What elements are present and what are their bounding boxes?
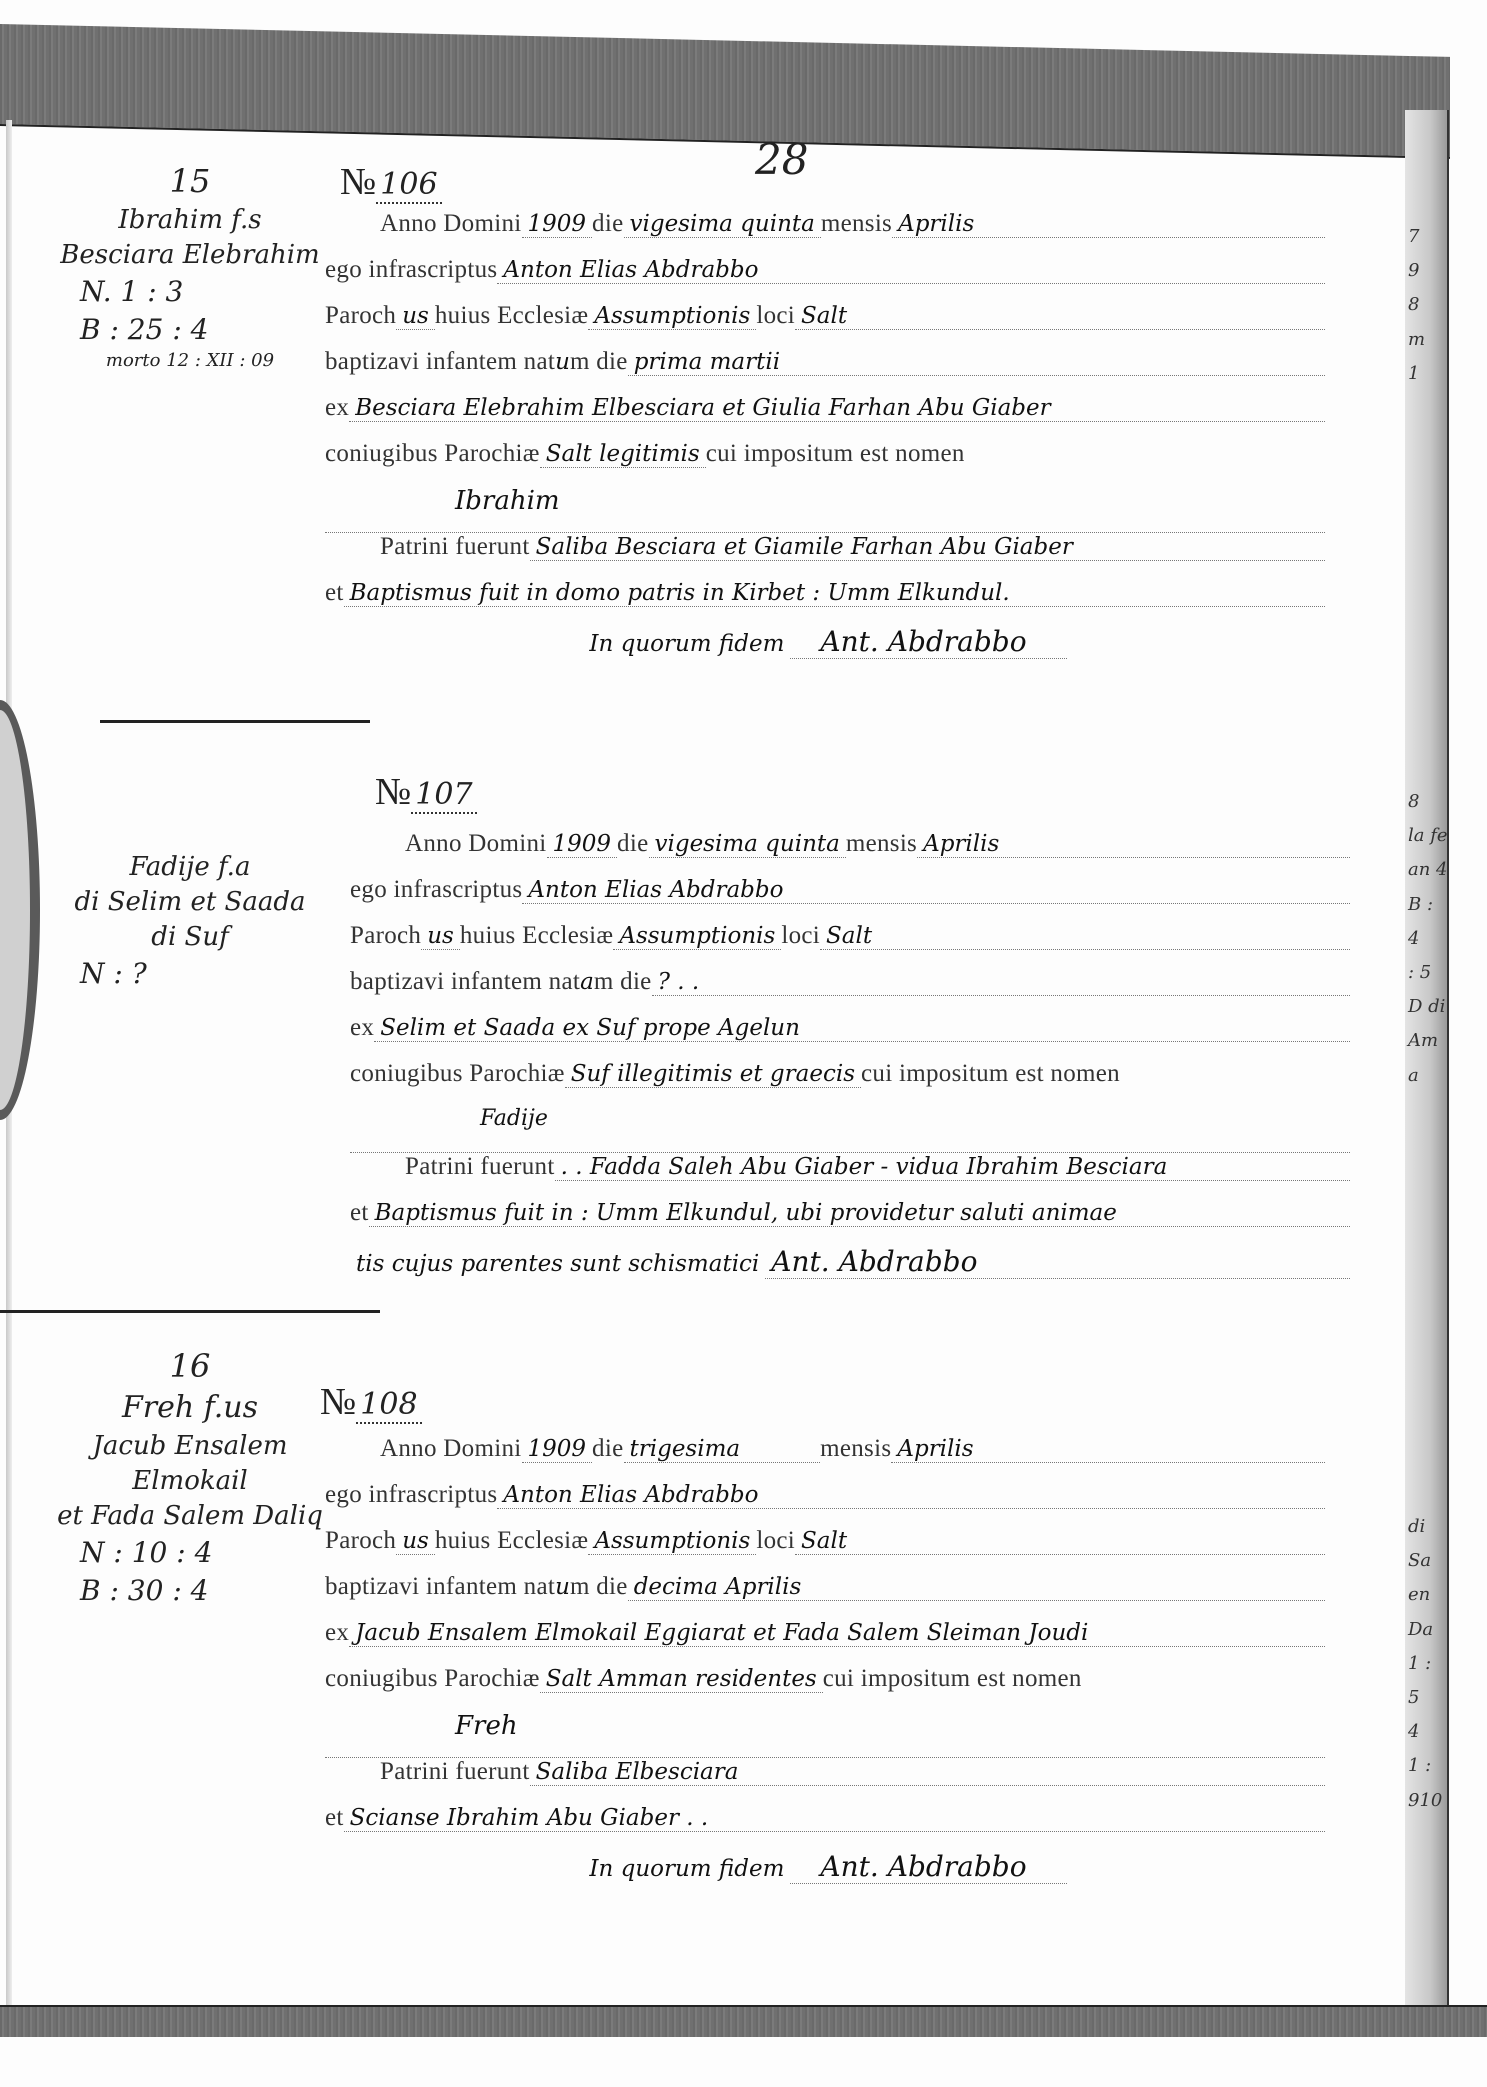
scan-border-bottom — [0, 2005, 1487, 2037]
record-body: Anno Domini 1909 die vigesima quinta men… — [350, 830, 1350, 1291]
label: loci — [756, 302, 795, 330]
label: baptizavi infantem nat — [350, 968, 580, 996]
date-line: Anno Domini 1909 die trigesima mensis Ap… — [325, 1435, 1325, 1481]
label: huius Ecclesiæ — [435, 1527, 588, 1555]
church: Assumptionis — [588, 1528, 756, 1555]
margin-ref-b: B : 25 : 4 — [40, 311, 340, 349]
edge-note: 7 — [1408, 220, 1448, 254]
parents-line: ex Besciara Elebrahim Elbesciara et Giul… — [325, 394, 1325, 440]
margin-ref-n: N : ? — [40, 955, 340, 993]
label: et — [325, 579, 344, 607]
et-line-continued: tis cujus parentes sunt schismatici Ant.… — [350, 1245, 1350, 1291]
et-line: et Baptismus fuit in domo patris in Kirb… — [325, 579, 1325, 625]
birth-day: decima Aprilis — [628, 1574, 1325, 1601]
edge-note: Am a — [1408, 1024, 1448, 1092]
label: Anno Domini — [380, 1435, 522, 1463]
label: Patrini fuerunt — [380, 533, 530, 561]
margin-ref-b: B : 30 : 4 — [40, 1572, 340, 1610]
label: Paroch — [325, 1527, 396, 1555]
label: Paroch — [325, 302, 396, 330]
record-number-value: 107 — [411, 777, 476, 814]
edge-note: an 4 — [1408, 853, 1448, 887]
suffix: us — [396, 1528, 435, 1555]
edge-notes-bottom: di Sa en Da 1 : 5 4 1 : 910 — [1408, 1510, 1448, 1818]
suffix: u — [555, 349, 570, 375]
record-number: №107 — [375, 770, 477, 814]
godparents: . . Fadda Saleh Abu Giaber - vidua Ibrah… — [555, 1154, 1350, 1181]
church: Assumptionis — [613, 923, 781, 950]
number-symbol: № — [340, 161, 376, 203]
label: et — [325, 1804, 344, 1832]
edge-note: D di — [1408, 990, 1448, 1024]
margin-name: Fadije f.a — [40, 850, 340, 885]
parents-line: ex Selim et Saada ex Suf prope Agelun — [350, 1014, 1350, 1060]
edge-notes-top: 7 9 8 m 1 — [1408, 220, 1448, 391]
month: Aprilis — [891, 1436, 1325, 1463]
parents: Besciara Elebrahim Elbesciara et Giulia … — [349, 395, 1325, 422]
label: cui impositum est nomen — [823, 1665, 1082, 1693]
label: mensis — [820, 1435, 891, 1463]
signature: Ant. Abdrabbo — [790, 1850, 1066, 1884]
label: ex — [325, 394, 349, 422]
date-line: Anno Domini 1909 die vigesima quinta men… — [325, 210, 1325, 256]
suffix: us — [421, 923, 460, 950]
label: Paroch — [350, 922, 421, 950]
parents-line: ex Jacub Ensalem Elmokail Eggiarat et Fa… — [325, 1619, 1325, 1665]
margin-ref-n: N : 10 : 4 — [40, 1534, 340, 1572]
parents: Jacub Ensalem Elmokail Eggiarat et Fada … — [349, 1620, 1325, 1647]
place: Salt — [795, 1528, 1325, 1555]
child-name-line: Ibrahim — [325, 486, 1325, 533]
label: coniugibus Parochiæ — [350, 1060, 565, 1088]
label: ego infrascriptus — [325, 256, 497, 284]
label: cui impositum est nomen — [861, 1060, 1120, 1088]
church-line: Paroch us huius Ecclesiæ Assumptionis lo… — [350, 922, 1350, 968]
godparent-2: Scianse Ibrahim Abu Giaber . . — [344, 1805, 1325, 1832]
year: 1909 — [547, 831, 618, 858]
edge-note: di Sa — [1408, 1510, 1448, 1578]
record-body: Anno Domini 1909 die vigesima quinta men… — [325, 210, 1325, 671]
parents: Selim et Saada ex Suf prope Agelun — [374, 1015, 1350, 1042]
label: coniugibus Parochiæ — [325, 440, 540, 468]
label: ego infrascriptus — [350, 876, 522, 904]
label: mensis — [821, 210, 892, 238]
label: loci — [756, 1527, 795, 1555]
label: et — [350, 1199, 369, 1227]
label: huius Ecclesiæ — [460, 922, 613, 950]
priest-line: ego infrascriptus Anton Elias Abdrabbo — [325, 256, 1325, 302]
date-line: Anno Domini 1909 die vigesima quinta men… — [350, 830, 1350, 876]
birth-line: baptizavi infantem nat u m die prima mar… — [325, 348, 1325, 394]
suffix: us — [396, 303, 435, 330]
record-number-value: 108 — [356, 1387, 421, 1424]
edge-note: B : 4 — [1408, 888, 1448, 956]
closing-text: In quorum fidem — [583, 1856, 790, 1882]
month: Aprilis — [892, 211, 1325, 238]
label: mensis — [846, 830, 917, 858]
page-number: 28 — [755, 135, 808, 184]
label: die — [592, 1435, 623, 1463]
edge-note: : 5 — [1408, 956, 1448, 990]
baptism-note: Baptismus fuit in domo patris in Kirbet … — [344, 580, 1325, 607]
record-number: №106 — [340, 160, 442, 204]
edge-note: 1 : 910 — [1408, 1749, 1448, 1817]
margin-death-note: morto 12 : XII : 09 — [40, 349, 340, 373]
year: 1909 — [522, 211, 593, 238]
et-line: et Baptismus fuit in : Umm Elkundul, ubi… — [350, 1199, 1350, 1245]
number-symbol: № — [375, 771, 411, 813]
birth-day: prima martii — [628, 349, 1325, 376]
month: Aprilis — [917, 831, 1350, 858]
label: ex — [325, 1619, 349, 1647]
margin-mother: et Fada Salem Daliq — [40, 1499, 340, 1534]
record-number-value: 106 — [376, 167, 441, 204]
godparents-line: Patrini fuerunt Saliba Besciara et Giami… — [325, 533, 1325, 579]
label: die — [592, 210, 623, 238]
edge-note: 1 : 5 — [1408, 1647, 1448, 1715]
year: 1909 — [522, 1436, 593, 1463]
label: ex — [350, 1014, 374, 1042]
signature-line: In quorum fidem Ant. Abdrabbo — [325, 625, 1325, 671]
scan-border-top — [0, 24, 1450, 159]
signature: Ant. Abdrabbo — [790, 625, 1066, 659]
edge-note: en Da — [1408, 1578, 1448, 1646]
edge-note: 9 — [1408, 254, 1448, 288]
child-name-line: Freh — [325, 1711, 1325, 1758]
birth-line: baptizavi infantem nat a m die ? . . — [350, 968, 1350, 1014]
margin-origin: di Suf — [40, 920, 340, 955]
church: Assumptionis — [588, 303, 756, 330]
margin-parent: di Selim et Saada — [40, 885, 340, 920]
priest-name: Anton Elias Abdrabbo — [497, 257, 1325, 284]
edge-note: 8 — [1408, 785, 1448, 819]
signature: Ant. Abdrabbo — [765, 1245, 1350, 1279]
edge-note: m — [1408, 323, 1448, 357]
place: Salt — [820, 923, 1350, 950]
baptism-note-continued: tis cujus parentes sunt schismatici — [350, 1251, 765, 1277]
godparents-line: Patrini fuerunt . . Fadda Saleh Abu Giab… — [350, 1153, 1350, 1199]
number-symbol: № — [320, 1381, 356, 1423]
child-name: Ibrahim — [325, 486, 566, 516]
birth-line: baptizavi infantem nat u m die decima Ap… — [325, 1573, 1325, 1619]
label: huius Ecclesiæ — [435, 302, 588, 330]
day: vigesima quinta — [624, 211, 821, 238]
margin-note: 16 Freh f.us Jacub Ensalem Elmokail et F… — [40, 1345, 340, 1610]
church-line: Paroch us huius Ecclesiæ Assumptionis lo… — [325, 1527, 1325, 1573]
edge-note: 4 — [1408, 1715, 1448, 1749]
margin-parent: Besciara Elebrahim — [40, 238, 340, 273]
priest-line: ego infrascriptus Anton Elias Abdrabbo — [350, 876, 1350, 922]
parish-status: Salt Amman residentes — [540, 1666, 823, 1693]
godparents: Saliba Besciara et Giamile Farhan Abu Gi… — [530, 534, 1325, 561]
et-line: et Scianse Ibrahim Abu Giaber . . — [325, 1804, 1325, 1850]
label: Anno Domini — [380, 210, 522, 238]
baptism-note: Baptismus fuit in : Umm Elkundul, ubi pr… — [369, 1200, 1350, 1227]
edge-note: 1 — [1408, 357, 1448, 391]
record-body: Anno Domini 1909 die trigesima mensis Ap… — [325, 1435, 1325, 1896]
label: cui impositum est nomen — [706, 440, 965, 468]
record-divider — [0, 1310, 380, 1313]
record-number: №108 — [320, 1380, 422, 1424]
edge-notes-middle: 8 la fe an 4 B : 4 : 5 D di Am a — [1408, 785, 1448, 1093]
label: m die — [594, 968, 652, 996]
label: m die — [570, 348, 628, 376]
margin-name: Ibrahim f.s — [40, 203, 340, 238]
label: Anno Domini — [405, 830, 547, 858]
label: Patrini fuerunt — [405, 1153, 555, 1181]
margin-index: 15 — [40, 160, 340, 203]
record-divider — [100, 720, 370, 723]
parish-status: Suf illegitimis et graecis — [565, 1061, 861, 1088]
parish-line: coniugibus Parochiæ Salt Amman residente… — [325, 1665, 1325, 1711]
parish-line: coniugibus Parochiæ Suf illegitimis et g… — [350, 1060, 1350, 1106]
label: ego infrascriptus — [325, 1481, 497, 1509]
margin-name: Freh f.us — [40, 1388, 340, 1429]
parish-line: coniugibus Parochiæ Salt legitimis cui i… — [325, 440, 1325, 486]
priest-name: Anton Elias Abdrabbo — [522, 877, 1350, 904]
label: m die — [570, 1573, 628, 1601]
edge-note: la fe — [1408, 819, 1448, 853]
label: loci — [781, 922, 820, 950]
margin-ref-n: N. 1 : 3 — [40, 273, 340, 311]
day: trigesima — [624, 1436, 821, 1463]
birth-day: ? . . — [652, 969, 1350, 996]
child-name-line: Fadije — [350, 1106, 1350, 1153]
church-line: Paroch us huius Ecclesiæ Assumptionis lo… — [325, 302, 1325, 348]
godparents-line: Patrini fuerunt Saliba Elbesciara — [325, 1758, 1325, 1804]
binding-ring — [0, 700, 40, 1120]
child-name: Fadije — [350, 1106, 554, 1131]
godparents: Saliba Elbesciara — [530, 1759, 1325, 1786]
label: baptizavi infantem nat — [325, 1573, 555, 1601]
label: baptizavi infantem nat — [325, 348, 555, 376]
margin-note: Fadije f.a di Selim et Saada di Suf N : … — [40, 850, 340, 993]
child-name: Freh — [325, 1711, 524, 1741]
suffix: u — [555, 1574, 570, 1600]
edge-note: 8 — [1408, 288, 1448, 322]
priest-name: Anton Elias Abdrabbo — [497, 1482, 1325, 1509]
margin-index: 16 — [40, 1345, 340, 1388]
label: die — [617, 830, 648, 858]
label: Patrini fuerunt — [380, 1758, 530, 1786]
label: coniugibus Parochiæ — [325, 1665, 540, 1693]
parish-status: Salt legitimis — [540, 441, 706, 468]
closing-text: In quorum fidem — [583, 631, 790, 657]
priest-line: ego infrascriptus Anton Elias Abdrabbo — [325, 1481, 1325, 1527]
day: vigesima quinta — [649, 831, 846, 858]
signature-line: In quorum fidem Ant. Abdrabbo — [325, 1850, 1325, 1896]
suffix: a — [580, 969, 594, 995]
place: Salt — [795, 303, 1325, 330]
margin-note: 15 Ibrahim f.s Besciara Elebrahim N. 1 :… — [40, 160, 340, 373]
margin-parent: Jacub Ensalem Elmokail — [40, 1429, 340, 1499]
